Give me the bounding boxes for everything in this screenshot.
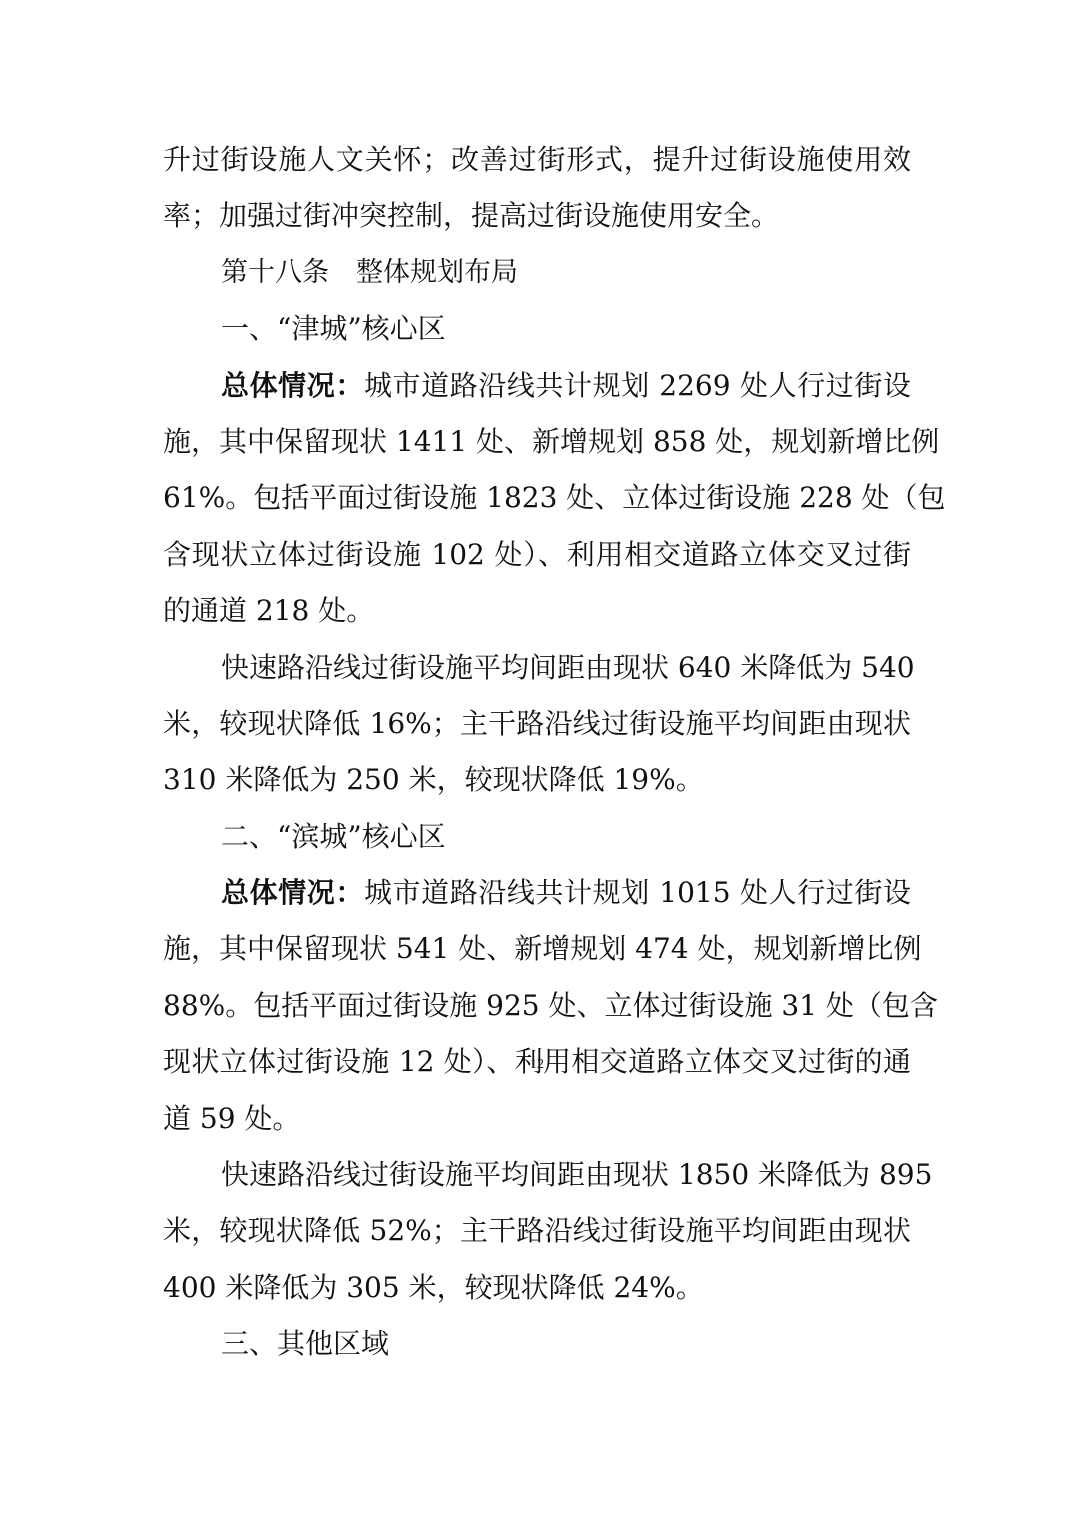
paragraph-line: 率；加强过街冲突控制，提高过街设施使用安全。 [163,188,911,244]
paragraph-line: 米，较现状降低 16%；主干路沿线过街设施平均间距由现状 [163,696,911,752]
paragraph-line: 总体情况：城市道路沿线共计规划 1015 处人行过街设 [163,865,911,921]
document-page: 升过街设施人文关怀；改善过街形式，提升过街设施使用效 率；加强过街冲突控制，提高… [163,132,911,1373]
paragraph-line: 施，其中保留现状 541 处、新增规划 474 处，规划新增比例 [163,921,911,977]
paragraph-line: 快速路沿线过街设施平均间距由现状 640 米降低为 540 [163,640,911,696]
paragraph-line: 快速路沿线过街设施平均间距由现状 1850 米降低为 895 [163,1147,911,1203]
paragraph-text: 城市道路沿线共计规划 2269 处人行过街设 [364,369,911,402]
paragraph-line: 道 59 处。 [163,1091,911,1147]
section-heading-3: 三、其他区域 [163,1316,911,1372]
paragraph-line: 400 米降低为 305 米，较现状降低 24%。 [163,1260,911,1316]
paragraph-line: 米，较现状降低 52%；主干路沿线过街设施平均间距由现状 [163,1203,911,1259]
paragraph-line: 61%。包括平面过街设施 1823 处、立体过街设施 228 处（包 [163,470,911,526]
paragraph-line: 施，其中保留现状 1411 处、新增规划 858 处，规划新增比例 [163,414,911,470]
summary-label: 总体情况： [221,369,364,402]
paragraph-text: 城市道路沿线共计规划 1015 处人行过街设 [364,876,911,909]
summary-label: 总体情况： [221,876,364,909]
paragraph-line: 含现状立体过街设施 102 处）、利用相交道路立体交叉过街 [163,527,911,583]
paragraph-line: 的通道 218 处。 [163,583,911,639]
page-number: 12 [0,1057,1074,1073]
paragraph-line: 88%。包括平面过街设施 925 处、立体过街设施 31 处（包含 [163,978,911,1034]
article-heading: 第十八条 整体规划布局 [163,245,911,301]
section-heading-1: 一、“津城”核心区 [163,301,911,357]
paragraph-line: 升过街设施人文关怀；改善过街形式，提升过街设施使用效 [163,132,911,188]
paragraph-line: 310 米降低为 250 米，较现状降低 19%。 [163,752,911,808]
section-heading-2: 二、“滨城”核心区 [163,809,911,865]
paragraph-line: 总体情况：城市道路沿线共计规划 2269 处人行过街设 [163,358,911,414]
